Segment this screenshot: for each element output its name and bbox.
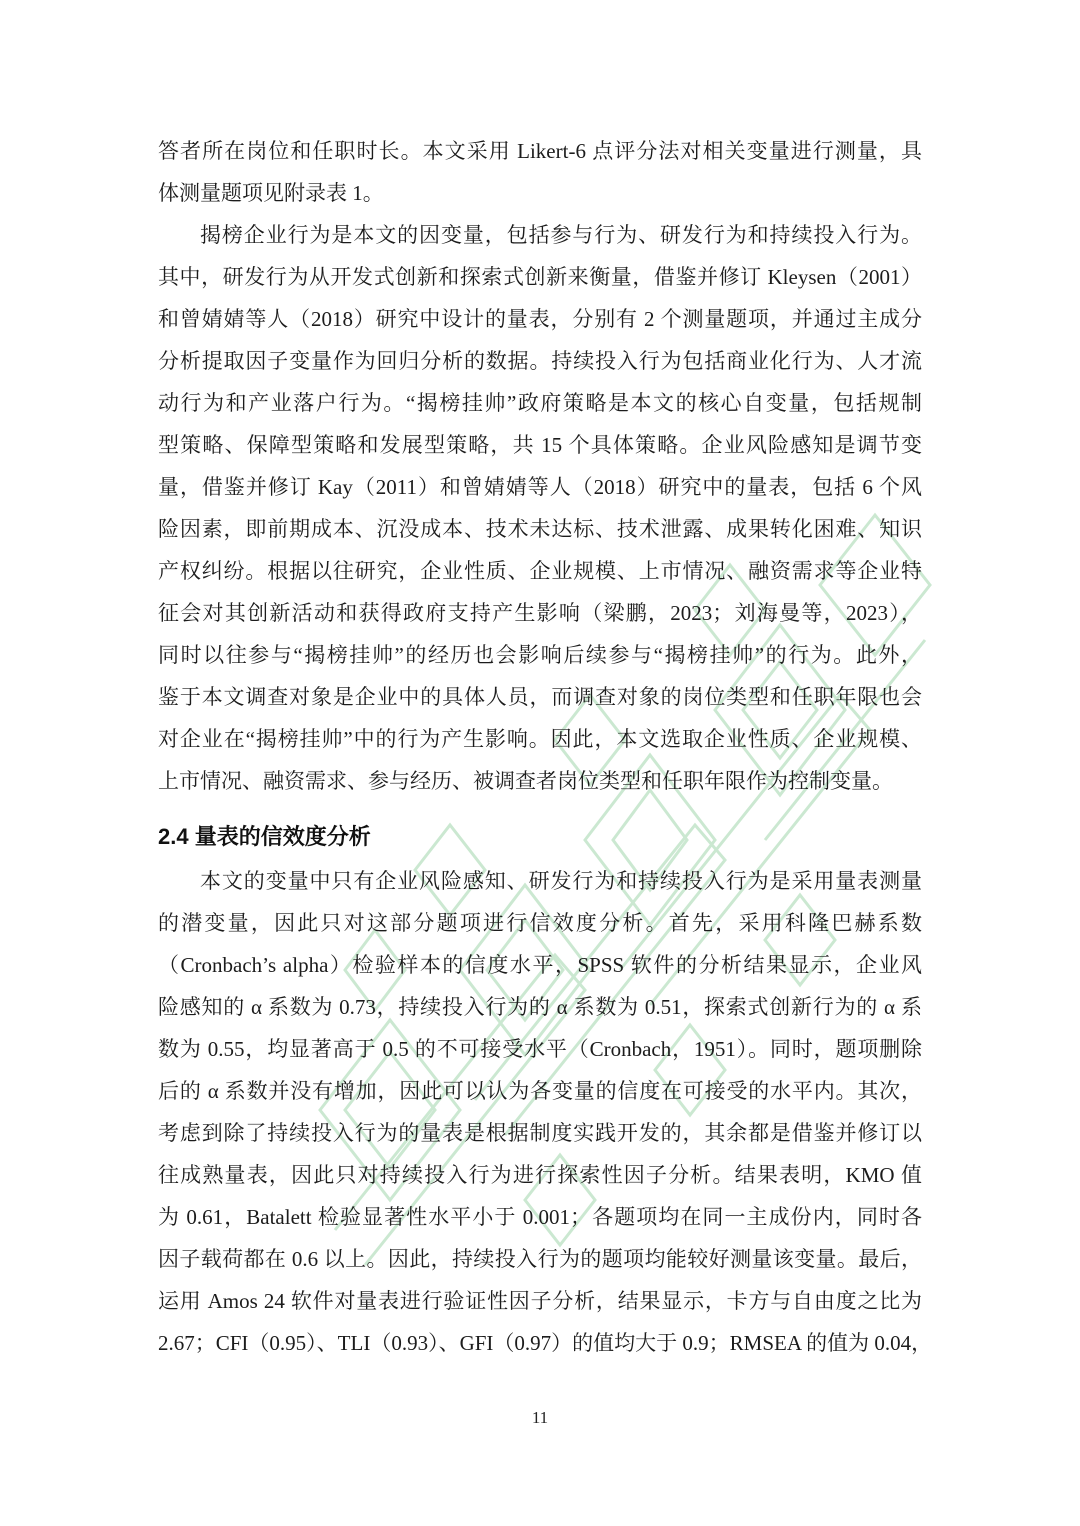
text-line: 征会对其创新活动和获得政府支持产生影响（梁鹏，2023；刘海曼等，2023），	[158, 592, 922, 634]
text-line: 险因素，即前期成本、沉没成本、技术未达标、技术泄露、成果转化困难、知识	[158, 508, 922, 550]
text-line: 量，借鉴并修订 Kay（2011）和曾婧婧等人（2018）研究中的量表，包括 6…	[158, 466, 922, 508]
text-line: 因子载荷都在 0.6 以上。因此，持续投入行为的题项均能较好测量该变量。最后，	[158, 1238, 922, 1280]
text-line: 产权纠纷。根据以往研究，企业性质、企业规模、上市情况、融资需求等企业特	[158, 550, 922, 592]
text-line: 为 0.61，Batalett 检验显著性水平小于 0.001；各题项均在同一主…	[158, 1196, 922, 1238]
text-line: 上市情况、融资需求、参与经历、被调查者岗位类型和任职年限作为控制变量。	[158, 760, 922, 802]
text-line: 答者所在岗位和任职时长。本文采用 Likert-6 点评分法对相关变量进行测量，…	[158, 130, 922, 172]
text-line: 分析提取因子变量作为回归分析的数据。持续投入行为包括商业化行为、人才流	[158, 340, 922, 382]
text-line: 后的 α 系数并没有增加，因此可以认为各变量的信度在可接受的水平内。其次，	[158, 1070, 922, 1112]
text-line: 动行为和产业落户行为。“揭榜挂帅”政府策略是本文的核心自变量，包括规制	[158, 382, 922, 424]
text-line: 型策略、保障型策略和发展型策略，共 15 个具体策略。企业风险感知是调节变	[158, 424, 922, 466]
text-line: 险感知的 α 系数为 0.73，持续投入行为的 α 系数为 0.51，探索式创新…	[158, 986, 922, 1028]
text-line: 和曾婧婧等人（2018）研究中设计的量表，分别有 2 个测量题项，并通过主成分	[158, 298, 922, 340]
text-line: 2.67；CFI（0.95）、TLI（0.93）、GFI（0.97）的值均大于 …	[158, 1322, 922, 1364]
document-body: 答者所在岗位和任职时长。本文采用 Likert-6 点评分法对相关变量进行测量，…	[158, 130, 922, 1364]
text-line: 同时以往参与“揭榜挂帅”的经历也会影响后续参与“揭榜挂帅”的行为。此外，	[158, 634, 922, 676]
text-line: （Cronbach’s alpha）检验样本的信度水平，SPSS 软件的分析结果…	[158, 944, 922, 986]
text-line: 的潜变量，因此只对这部分题项进行信效度分析。首先，采用科隆巴赫系数	[158, 902, 922, 944]
text-line: 其中，研发行为从开发式创新和探索式创新来衡量，借鉴并修订 Kleysen（200…	[158, 256, 922, 298]
text-line: 揭榜企业行为是本文的因变量，包括参与行为、研发行为和持续投入行为。	[158, 214, 922, 256]
section-heading: 2.4 量表的信效度分析	[158, 816, 922, 858]
text-line: 本文的变量中只有企业风险感知、研发行为和持续投入行为是采用量表测量	[158, 860, 922, 902]
text-line: 对企业在“揭榜挂帅”中的行为产生影响。因此，本文选取企业性质、企业规模、	[158, 718, 922, 760]
text-line: 考虑到除了持续投入行为的量表是根据制度实践开发的，其余都是借鉴并修订以	[158, 1112, 922, 1154]
text-line: 体测量题项见附录表 1。	[158, 172, 922, 214]
document-page: 答者所在岗位和任职时长。本文采用 Likert-6 点评分法对相关变量进行测量，…	[0, 0, 1080, 1526]
text-line: 鉴于本文调查对象是企业中的具体人员，而调查对象的岗位类型和任职年限也会	[158, 676, 922, 718]
text-line: 数为 0.55，均显著高于 0.5 的不可接受水平（Cronbach，1951）…	[158, 1028, 922, 1070]
text-line: 往成熟量表，因此只对持续投入行为进行探索性因子分析。结果表明，KMO 值	[158, 1154, 922, 1196]
text-line: 运用 Amos 24 软件对量表进行验证性因子分析，结果显示，卡方与自由度之比为	[158, 1280, 922, 1322]
page-number: 11	[0, 1406, 1080, 1430]
